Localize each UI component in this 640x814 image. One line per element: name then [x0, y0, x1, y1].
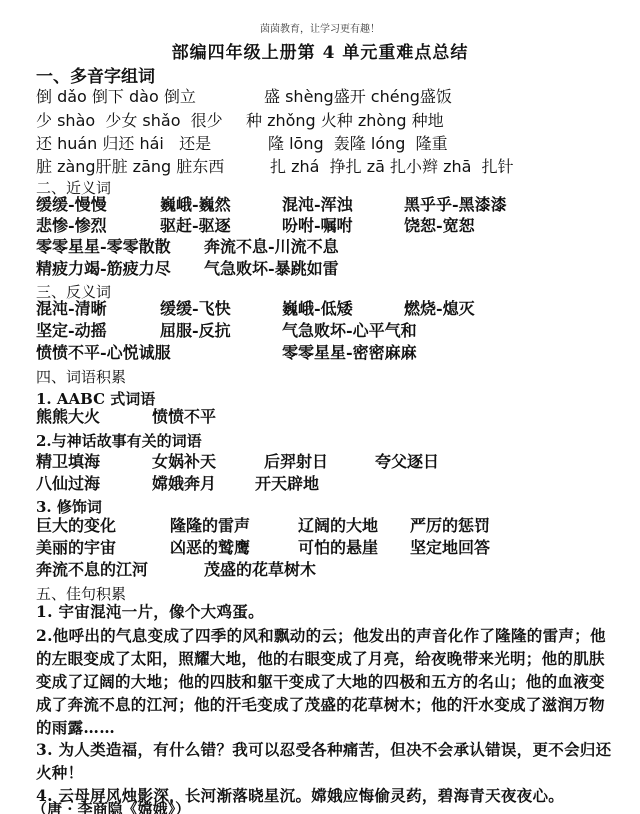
polyphonic-row-4-right: 扎 zhá 挣扎 zā 扎小辫 zhā 扎针: [270, 154, 514, 177]
synonym-item: 奔流不息-川流不息: [204, 236, 339, 258]
antonym-item: 缓缓-飞快: [160, 298, 231, 320]
word-item: 可怕的悬崖: [298, 537, 378, 559]
antonym-item: 混沌-清晰: [36, 298, 107, 320]
word-item: 坚定地回答: [410, 537, 490, 559]
word-item: 辽阔的大地: [298, 515, 378, 537]
word-item: 后羿射日: [264, 451, 328, 473]
antonym-item: 燃烧-熄灭: [404, 298, 475, 320]
antonym-item: 零零星星-密密麻麻: [282, 342, 417, 364]
antonym-item: 坚定-动摇: [36, 320, 107, 342]
polyphonic-row-3-right: 隆 lōng 轰隆 lóng 隆重: [268, 131, 448, 154]
polyphonic-row-4-left: 脏 zàng肝脏 zāng 脏东西: [36, 154, 224, 177]
word-item: 凶恶的鹫鹰: [170, 537, 250, 559]
synonym-item: 饶恕-宽恕: [404, 215, 475, 237]
word-item: 夸父逐日: [375, 451, 439, 473]
synonym-item: 悲惨-惨烈: [36, 215, 107, 237]
poem-citation: （唐 · 李商隐《嫦娥》）: [32, 798, 190, 814]
synonym-item: 精疲力竭-筋疲力尽: [36, 258, 171, 280]
antonym-item: 愤愤不平-心悦诚服: [36, 342, 171, 364]
polyphonic-row-2-left: 少 shào 少女 shǎo 很少: [36, 108, 223, 131]
word-item: 女娲补天: [152, 451, 216, 473]
polyphonic-row-1-left: 倒 dǎo 倒下 dào 倒立: [36, 84, 196, 107]
word-item: 奔流不息的江河: [36, 559, 148, 581]
word-item: 隆隆的雷声: [170, 515, 250, 537]
header-note: 茵茵教育，让学习更有趣！: [0, 20, 640, 35]
word-item: 美丽的宇宙: [36, 537, 116, 559]
document-title: 部编四年级上册第 4 单元重难点总结: [0, 38, 640, 63]
polyphonic-row-1-right: 盛 shèng盛开 chéng盛饭: [264, 84, 452, 107]
synonym-item: 吩咐-嘱咐: [282, 215, 353, 237]
word-item: 八仙过海: [36, 473, 100, 495]
word-item: 嫦娥奔月: [152, 473, 216, 495]
synonym-item: 气急败坏-暴跳如雷: [204, 258, 339, 280]
section-4-heading: 四、词语积累: [36, 366, 126, 387]
word-item: 严厉的惩罚: [410, 515, 490, 537]
word-item: 开天辟地: [255, 473, 319, 495]
polyphonic-row-2-right: 种 zhǒng 火种 zhòng 种地: [246, 108, 444, 131]
word-item: 熊熊大火: [36, 406, 100, 428]
word-item: 巨大的变化: [36, 515, 116, 537]
word-item: 精卫填海: [36, 451, 100, 473]
antonym-item: 气急败坏-心平气和: [282, 320, 417, 342]
synonym-item: 黑乎乎-黑漆漆: [404, 194, 507, 216]
antonym-item: 巍峨-低矮: [282, 298, 353, 320]
subsection-myth-heading: 2.与神话故事有关的词语: [36, 430, 202, 451]
synonym-item: 零零星星-零零散散: [36, 236, 171, 258]
polyphonic-row-3-left: 还 huán 归还 hái 还是: [36, 131, 211, 154]
antonym-item: 屈服-反抗: [160, 320, 231, 342]
sentence-3: 3. 为人类造福，有什么错？我可以忍受各种痛苦，但决不会承认错误，更不会归还火种…: [36, 738, 616, 784]
subsection-modifier-heading: 3. 修饰词: [36, 496, 102, 517]
sentence-2: 2.他呼出的气息变成了四季的风和飘动的云；他发出的声音化作了隆隆的雷声；他的左眼…: [36, 624, 616, 739]
sentence-1: 1. 宇宙混沌一片，像个大鸡蛋。: [36, 600, 616, 623]
synonym-item: 缓缓-慢慢: [36, 194, 107, 216]
synonym-item: 巍峨-巍然: [160, 194, 231, 216]
word-item: 茂盛的花草树木: [204, 559, 316, 581]
synonym-item: 驱赶-驱逐: [160, 215, 231, 237]
synonym-item: 混沌-浑浊: [282, 194, 353, 216]
word-item: 愤愤不平: [152, 406, 216, 428]
